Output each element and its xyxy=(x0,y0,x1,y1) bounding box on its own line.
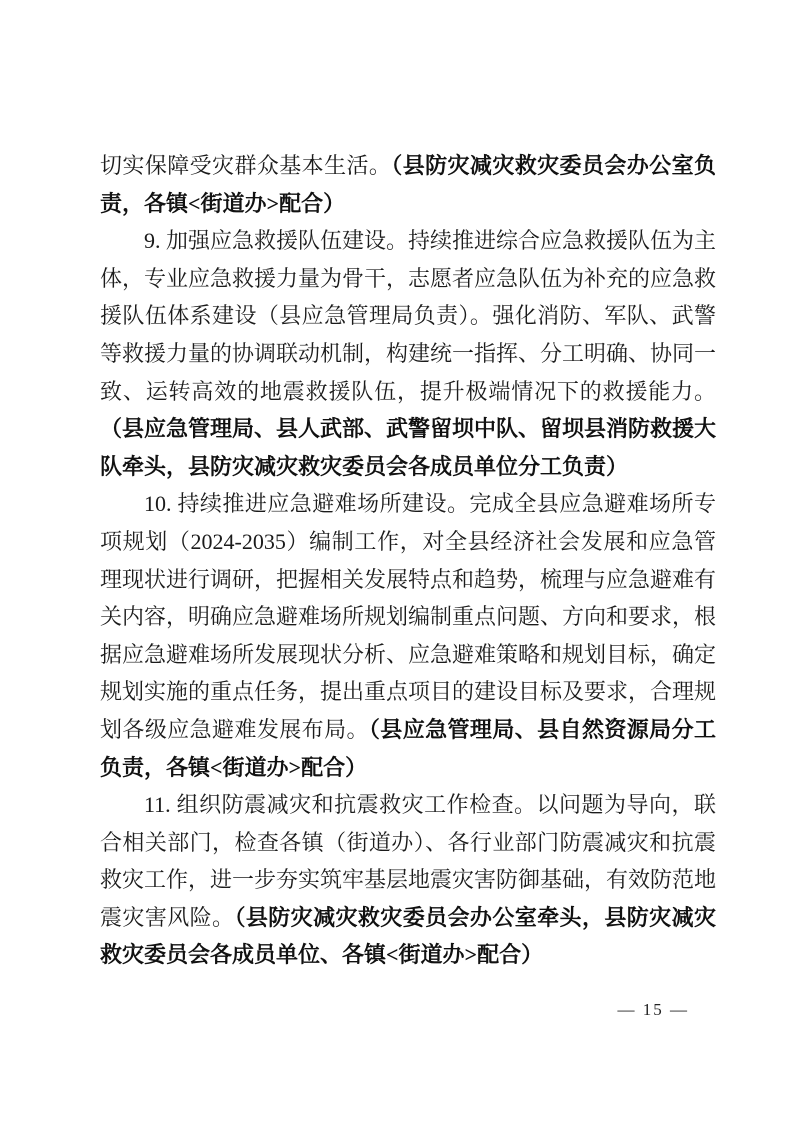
page-number: — 15 — xyxy=(618,1000,690,1019)
paragraph-continuation: 切实保障受灾群众基本生活。（县防灾减灾救灾委员会办公室负责，各镇<街道办>配合） xyxy=(100,147,716,222)
document-body: 切实保障受灾群众基本生活。（县防灾减灾救灾委员会办公室负责，各镇<街道办>配合）… xyxy=(100,147,716,974)
responsibility-clause: （县应急管理局、县人武部、武警留坝中队、留坝县消防救援大队牵头，县防灾减灾救灾委… xyxy=(100,416,716,479)
document-page: 切实保障受灾群众基本生活。（县防灾减灾救灾委员会办公室负责，各镇<街道办>配合）… xyxy=(0,0,793,1122)
body-text: 9. 加强应急救援队伍建设。持续推进综合应急救援队伍为主体，专业应急救援力量为骨… xyxy=(100,228,716,403)
paragraph-item-9: 9. 加强应急救援队伍建设。持续推进综合应急救援队伍为主体，专业应急救援力量为骨… xyxy=(100,222,716,485)
paragraph-item-10: 10. 持续推进应急避难场所建设。完成全县应急避难场所专项规划（2024-203… xyxy=(100,485,716,786)
body-text: 10. 持续推进应急避难场所建设。完成全县应急避难场所专项规划（2024-203… xyxy=(100,491,716,742)
paragraph-item-11: 11. 组织防震减灾和抗震救灾工作检查。以问题为导向，联合相关部门，检查各镇（街… xyxy=(100,786,716,974)
page-footer: — 15 — xyxy=(618,1000,690,1020)
body-text: 切实保障受灾群众基本生活。 xyxy=(100,153,391,178)
